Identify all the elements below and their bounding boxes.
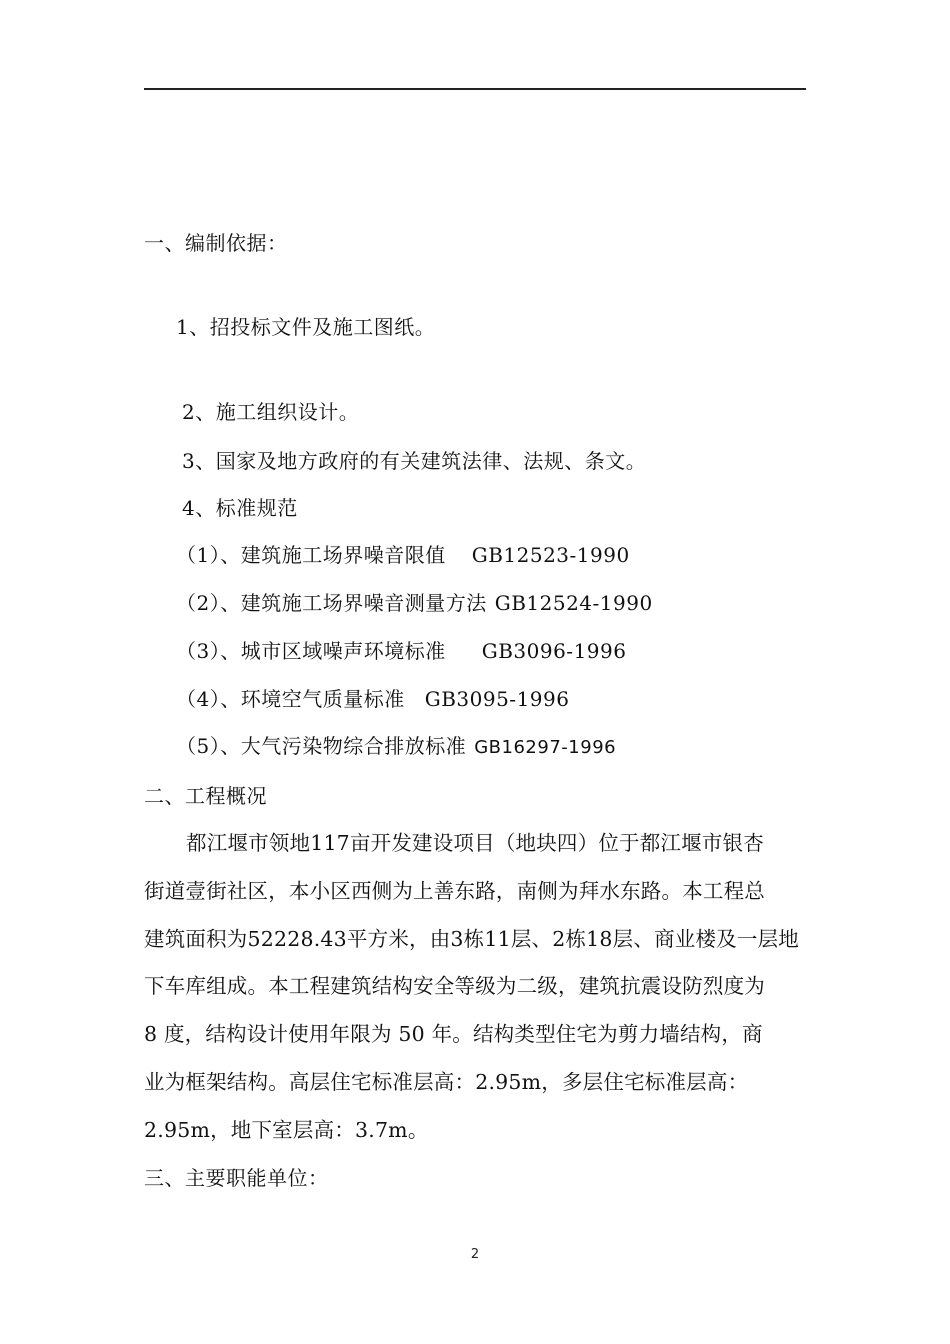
overview-line-6: 业为框架结构。高层住宅标准层高：2.95m，多层住宅标准层高： — [144, 1070, 806, 1094]
standard-label: （5）、大气污染物综合排放标准 — [176, 734, 466, 758]
standard-item-1: （1）、建筑施工场界噪音限值GB12523-1990 — [176, 543, 630, 567]
standard-label: （2）、建筑施工场界噪音测量方法 — [176, 591, 487, 615]
overview-line-5: 8 度，结构设计使用年限为 50 年。结构类型住宅为剪力墙结构，商 — [144, 1022, 806, 1046]
basis-item-1: 1、招投标文件及施工图纸。 — [176, 315, 435, 339]
standard-label: （1）、建筑施工场界噪音限值 — [176, 543, 446, 567]
overview-line-4: 下车库组成。本工程建筑结构安全等级为二级，建筑抗震设防烈度为 — [144, 974, 806, 998]
standard-item-2: （2）、建筑施工场界噪音测量方法GB12524-1990 — [176, 591, 653, 615]
standard-label: （4）、环境空气质量标准 — [176, 687, 405, 711]
overview-line-3: 建筑面积为52228.43平方米，由3栋11层、2栋18层、商业楼及一层地 — [144, 927, 806, 951]
overview-line-2: 街道壹街社区，本小区西侧为上善东路，南侧为拜水东路。本工程总 — [144, 879, 806, 903]
standard-item-5: （5）、大气污染物综合排放标准GB16297-1996 — [176, 734, 616, 760]
standard-item-4: （4）、环境空气质量标准GB3095-1996 — [176, 687, 569, 711]
standard-code: GB12523-1990 — [472, 543, 630, 567]
overview-line-7: 2.95m，地下室层高：3.7m。 — [144, 1118, 806, 1142]
standard-code: GB12524-1990 — [495, 591, 653, 615]
standard-label: （3）、城市区域噪声环境标准 — [176, 639, 446, 663]
standard-code: GB3096-1996 — [482, 639, 627, 663]
standard-item-3: （3）、城市区域噪声环境标准GB3096-1996 — [176, 639, 626, 663]
standard-code: GB3095-1996 — [425, 687, 570, 711]
overview-line-1: 都江堰市领地117亩开发建设项目（地块四）位于都江堰市银杏 — [186, 831, 848, 855]
basis-item-4: 4、标准规范 — [182, 496, 298, 520]
section-heading-overview: 二、工程概况 — [144, 784, 267, 808]
page-number: 2 — [0, 1247, 950, 1262]
section-heading-units: 三、主要职能单位： — [144, 1166, 329, 1190]
standard-code: GB16297-1996 — [474, 737, 616, 758]
basis-item-3: 3、国家及地方政府的有关建筑法律、法规、条文。 — [182, 449, 646, 473]
section-heading-basis: 一、编制依据： — [144, 231, 288, 255]
basis-item-2: 2、施工组织设计。 — [182, 400, 359, 424]
header-rule — [144, 88, 806, 90]
